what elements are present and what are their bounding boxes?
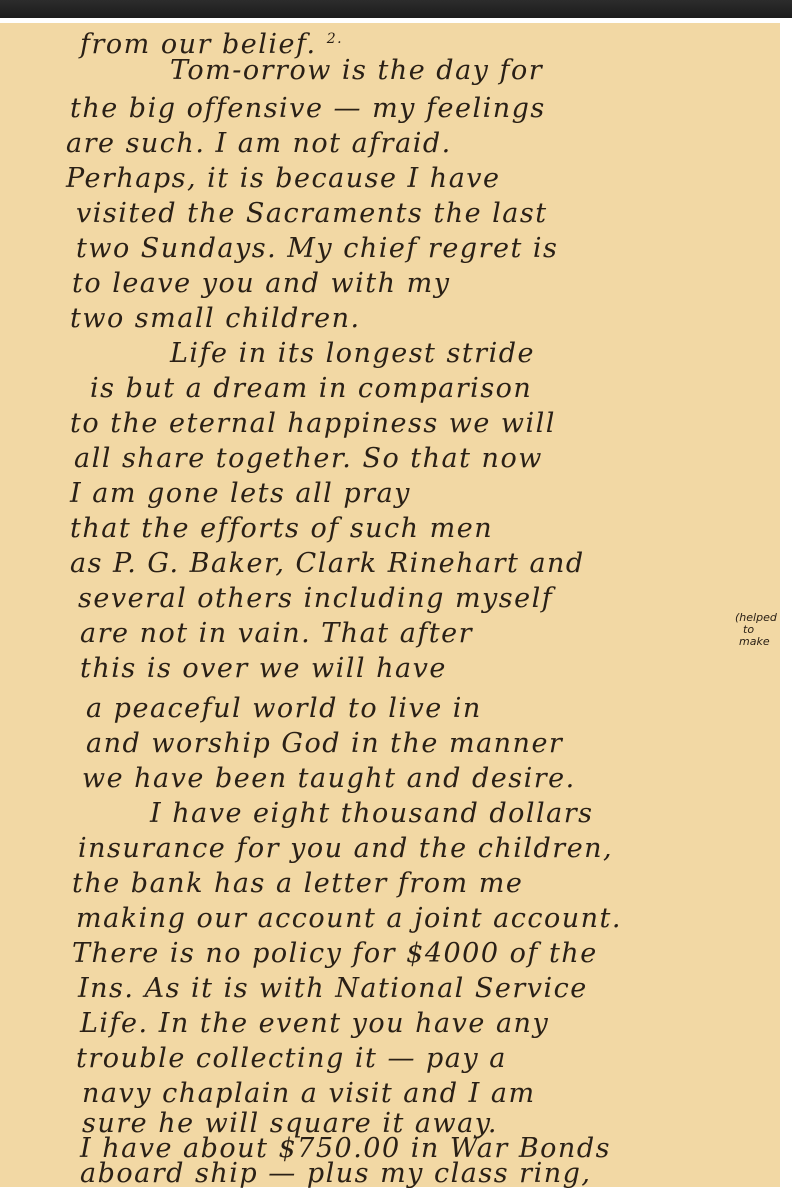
letter-line: There is no policy for $4000 of the (72, 937, 598, 971)
margin-annotation: (helped to make (735, 612, 777, 648)
letter-line: to the eternal happiness we will (70, 407, 556, 441)
letter-line: a peaceful world to live in (86, 692, 482, 726)
letter-line: Perhaps, it is because I have (66, 162, 501, 196)
letter-line: are not in vain. That after (80, 617, 473, 651)
letter-line: to leave you and with my (72, 267, 450, 301)
letter-line: Tom-orrow is the day for (170, 54, 543, 88)
letter-line: the bank has a letter from me (72, 867, 523, 901)
letter-line: aboard ship — plus my class ring, (80, 1157, 591, 1191)
letter-line: are such. I am not afraid. (66, 127, 452, 161)
letter-line: visited the Sacraments the last (76, 197, 548, 231)
letter-line: this is over we will have (80, 652, 447, 686)
letter-line: is but a dream in comparison (90, 372, 532, 406)
annotation-line: (helped (735, 612, 777, 624)
letter-line: two small children. (70, 302, 361, 336)
letter-line: we have been taught and desire. (82, 762, 576, 796)
letter-line: insurance for you and the children, (78, 832, 613, 866)
letter-line: I have eight thousand dollars (150, 797, 594, 831)
letter-line: and worship God in the manner (86, 727, 563, 761)
letter-line: the big offensive — my feelings (70, 92, 546, 126)
annotation-line: make (735, 636, 777, 648)
letter-line: two Sundays. My chief regret is (76, 232, 558, 266)
letter-line: Ins. As it is with National Service (78, 972, 588, 1006)
letter-line: several others including myself (78, 582, 553, 616)
page-number: 2. (327, 31, 343, 47)
letter-line: navy chaplain a visit and I am (82, 1077, 536, 1111)
letter-line: trouble collecting it — pay a (76, 1042, 507, 1076)
letter-line: making our account a joint account. (76, 902, 622, 936)
letter-line: all share together. So that now (74, 442, 543, 476)
letter-line: Life in its longest stride (170, 337, 535, 371)
letter-line: Life. In the event you have any (80, 1007, 549, 1041)
letter-line: I am gone lets all pray (70, 477, 411, 511)
window-top-bar (0, 0, 792, 18)
letter-line: that the efforts of such men (70, 512, 493, 546)
letter-line: as P. G. Baker, Clark Rinehart and (70, 547, 585, 581)
